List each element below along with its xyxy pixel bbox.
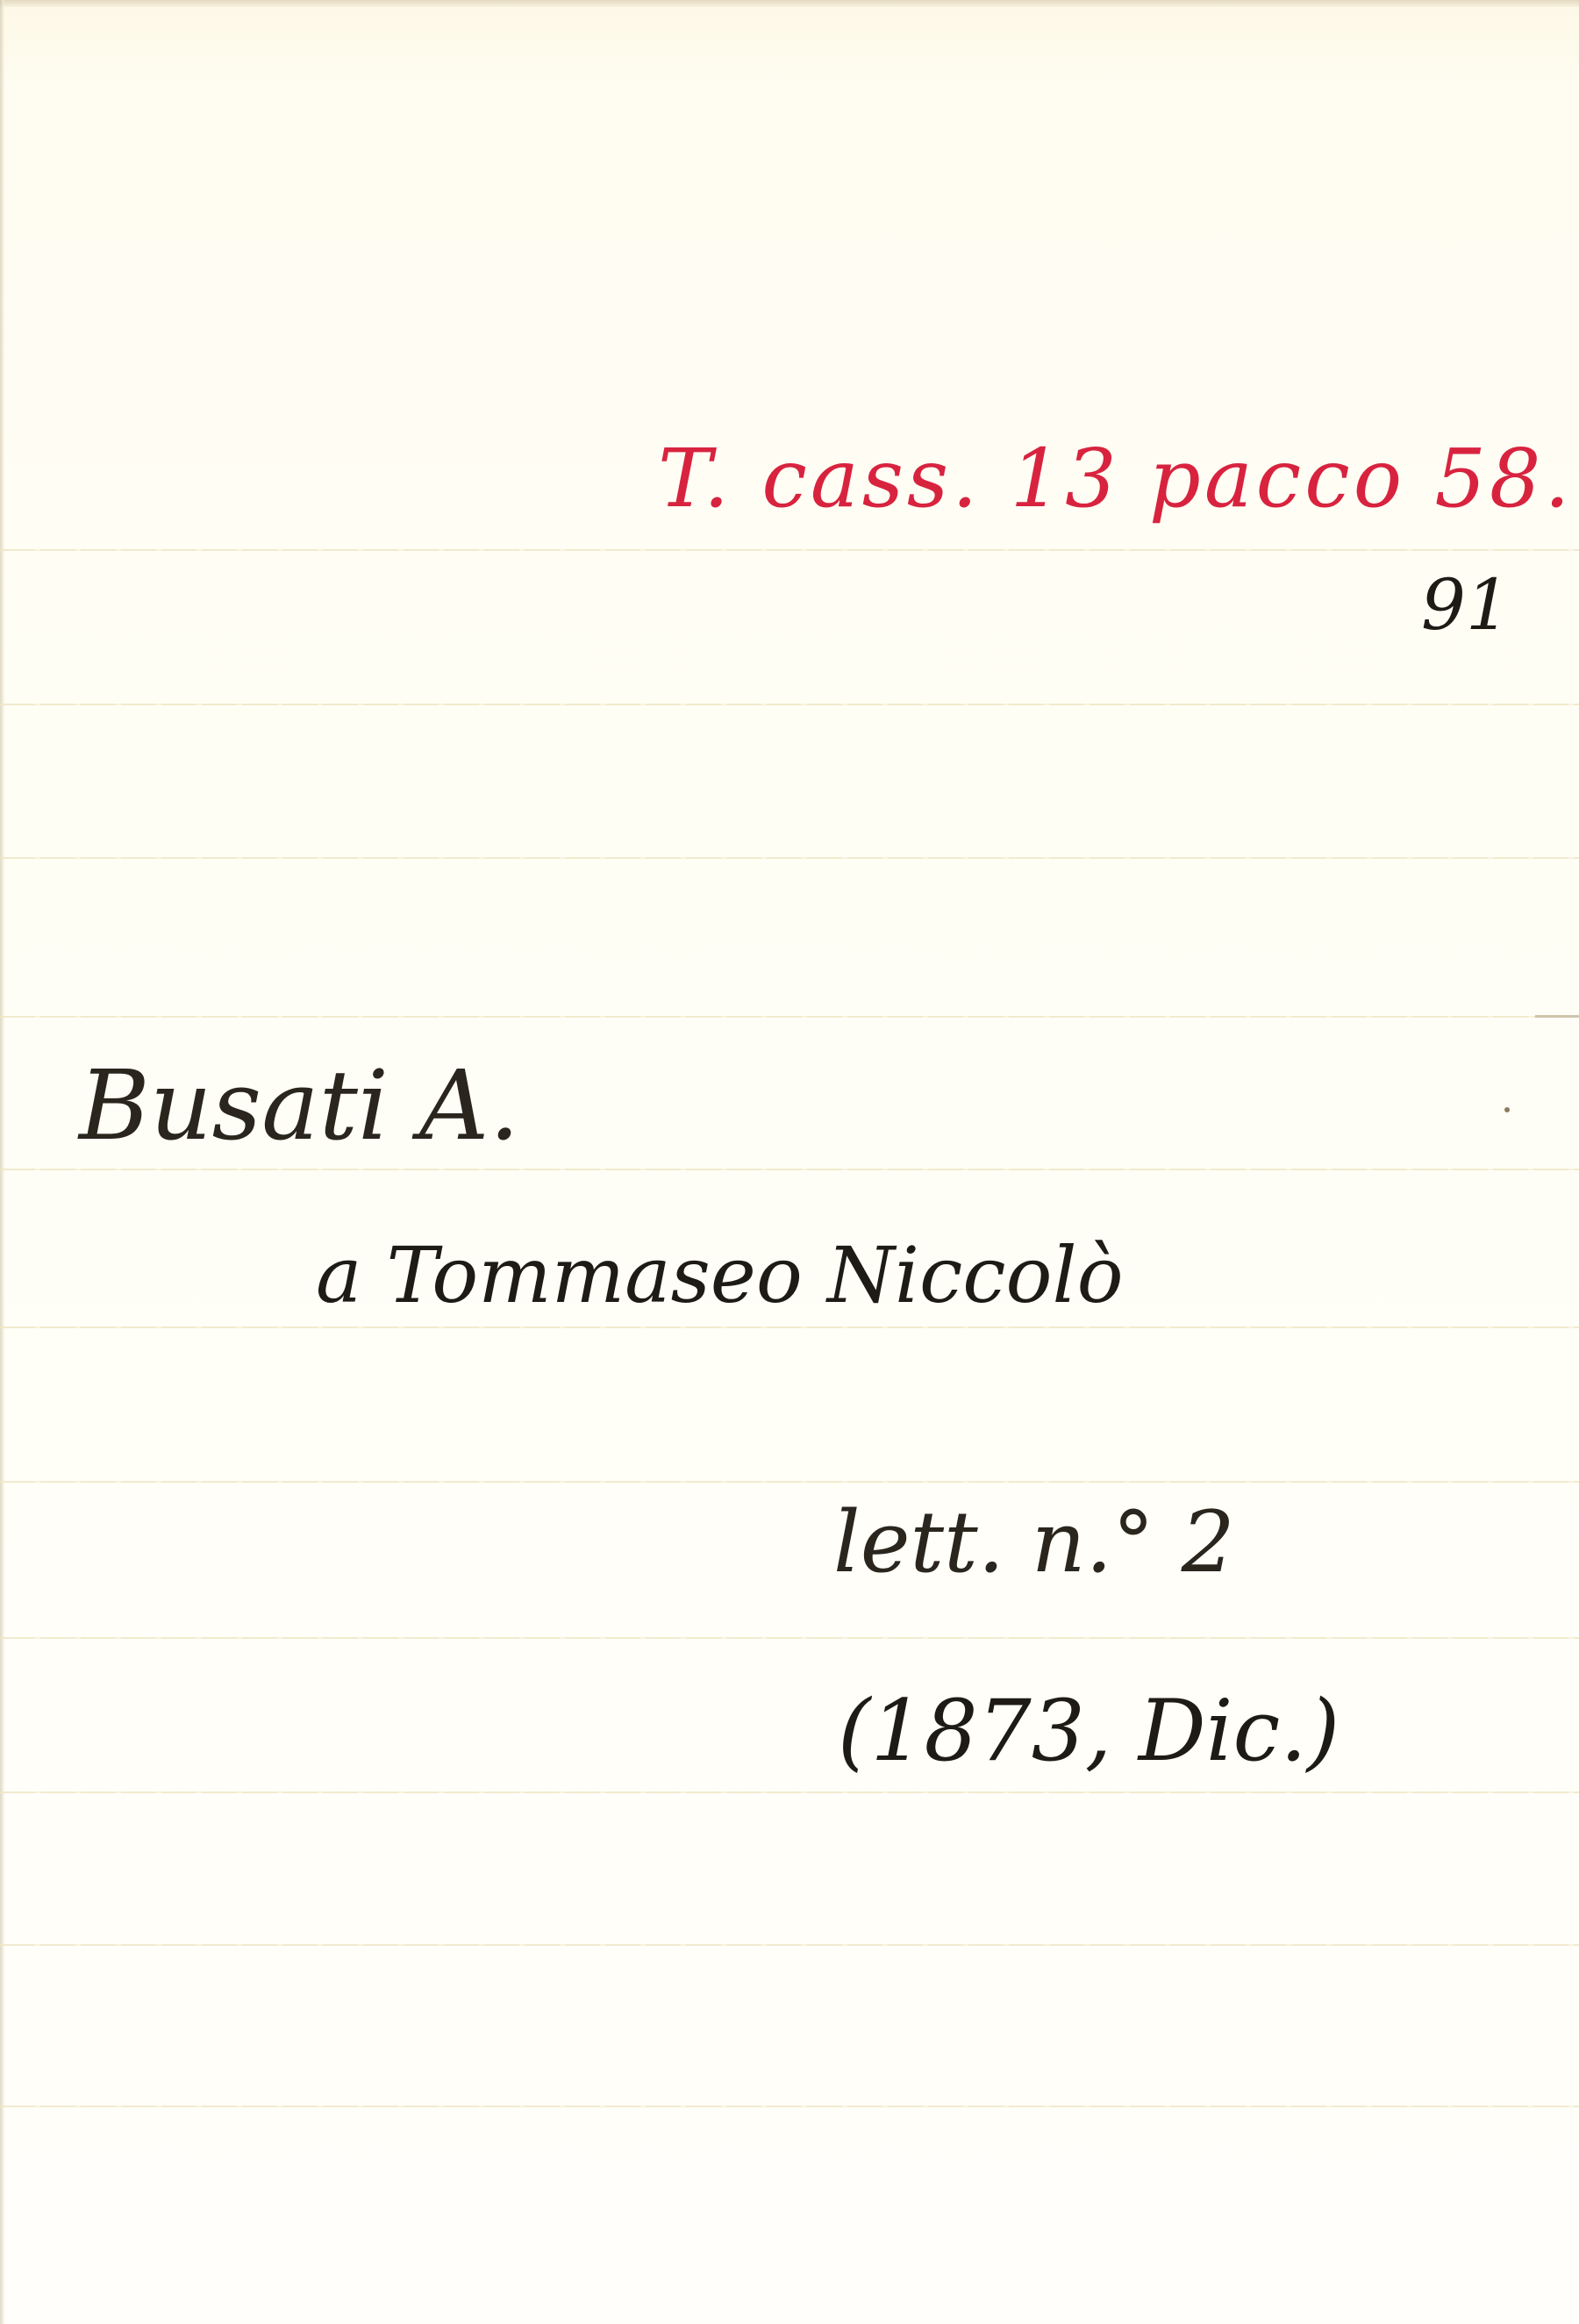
author-name: Busati A.	[79, 1057, 519, 1154]
ruled-line	[0, 2106, 1579, 2107]
ruled-line	[0, 704, 1579, 705]
ruled-line	[0, 1169, 1579, 1170]
shelfmark: T. cass. 13 pacco 58.	[658, 439, 1574, 519]
ruled-line	[0, 857, 1579, 859]
folio-number: 91	[1421, 570, 1511, 640]
letter-date: (1873, Dic.)	[838, 1689, 1340, 1773]
card-left-edge	[0, 0, 4, 2324]
index-card: T. cass. 13 pacco 58. 91 Busati A. a Tom…	[0, 0, 1579, 2324]
ruled-line	[0, 1481, 1579, 1483]
recipient-name: a Tommaseo Niccolò	[316, 1237, 1124, 1314]
card-top-edge	[0, 0, 1579, 7]
ruled-line	[0, 1016, 1579, 1018]
letter-count: lett. n.° 2	[833, 1500, 1235, 1584]
ruled-line	[0, 1791, 1579, 1793]
ruled-line	[0, 549, 1579, 551]
ruled-line	[0, 1944, 1579, 1946]
ruled-line	[0, 1637, 1579, 1639]
ruled-line	[0, 1326, 1579, 1328]
ink-speck	[1504, 1107, 1510, 1112]
